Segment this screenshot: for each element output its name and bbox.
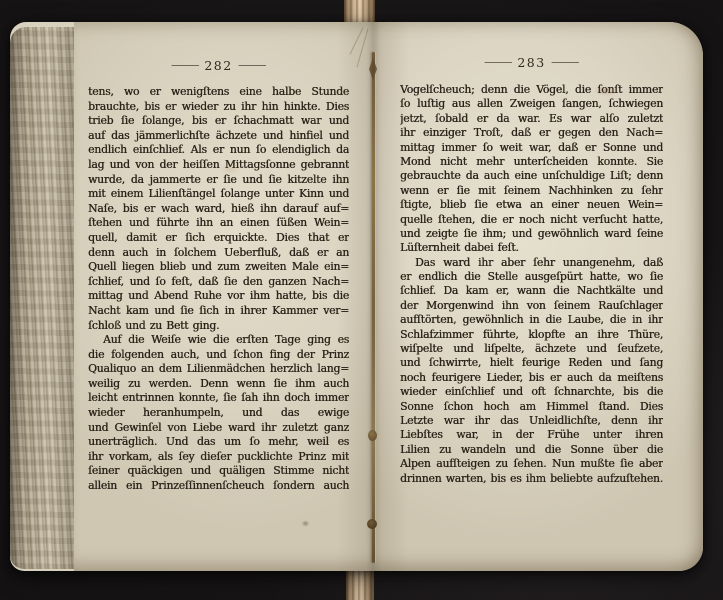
text-line: jetzt, ſobald er da war. Es war alſo zul… <box>400 112 663 126</box>
text-line: aufſtörten, gewöhnlich in die Laube, die… <box>400 313 663 327</box>
text-line: Letzte war ihr das Unleidlichſte, denn i… <box>400 414 663 428</box>
cradle-rod-bottom <box>346 566 374 600</box>
text-line: Lüſternheit dabei feſt. <box>400 241 663 255</box>
text-line: Nacht kam und ſie ſich in ihrer Kammer v… <box>88 304 349 319</box>
text-line: drinnen warten, bis es ihm beliebte aufz… <box>400 472 663 486</box>
text-line: und ſchwirrte, hielt feurige Reden und ſ… <box>400 356 663 370</box>
text-line: er endlich die Stelle ausgeſpürt hatte, … <box>400 270 663 284</box>
left-page-edge-stack <box>10 27 82 569</box>
text-line: ſtehen und führte ihn an einen ſüßen Wei… <box>88 216 349 231</box>
text-line: ihr vorkam, als ſey dieſer pucklichte Pr… <box>88 450 349 465</box>
text-line: allein ein Prinzeſſinnenſcheuch ſondern … <box>88 479 349 494</box>
text-line: gebrauchte da auch eine unſchuldige Liſt… <box>400 169 663 183</box>
left-page-text: tens, wo er wenigſtens eine halbe Stunde… <box>88 85 349 494</box>
text-line: ſo luſtig aus allen Zweigen ſangen, ſchw… <box>400 97 663 111</box>
text-line: endlich einſchlief. Als er nun ſo elendi… <box>88 143 349 158</box>
text-line: Naſe, bis er wach ward, hieß ihn darauf … <box>88 202 349 217</box>
text-line: und zeigte ſie ihm; und gewöhnlich ward … <box>400 227 663 241</box>
text-line: wieder einſchlief und oft ſchnarchte, bi… <box>400 385 663 399</box>
text-line: ſeiner quäckigen und quäligen Stimme nic… <box>88 464 349 479</box>
text-line: Qualiquo an dem Lilienmädchen herzlich l… <box>88 362 349 377</box>
right-page-text: Vogelſcheuch; denn die Vögel, die ſonſt … <box>400 83 663 486</box>
text-line: mittag immer ſo weit war, daß er Sonne u… <box>400 141 663 155</box>
text-line: die folgenden auch, und ſchon fing der P… <box>88 348 349 363</box>
text-line: ihr einziger Troſt, daß er gegen den Nac… <box>400 126 663 140</box>
text-line: tens, wo er wenigſtens eine halbe Stunde <box>88 85 349 100</box>
text-line: ſchlief, und ſo feſt, daß ſie den ganzen… <box>88 275 349 290</box>
header-dash: — <box>170 59 200 70</box>
header-dash: — <box>237 59 267 70</box>
text-line: Lilien zu wandeln und die Sonne über die <box>400 443 663 457</box>
text-line: mittag und Abend Ruhe vor ihm hatte, bis… <box>88 289 349 304</box>
text-line: Liebſtes war, in der Frühe unter ihren <box>400 428 663 442</box>
text-line: unerträglich. Und das um ſo mehr, weil e… <box>88 435 349 450</box>
open-book: —282— tens, wo er wenigſtens eine halbe … <box>10 22 703 571</box>
text-line: noch feurigere Lieder, bis er auch da me… <box>400 371 663 385</box>
text-line: mit einem Lilienſtängel ſolange unter Ki… <box>88 187 349 202</box>
text-line: lag und von der heiſſen Mittagsſonne geb… <box>88 158 349 173</box>
right-page-number: 283 <box>517 55 545 70</box>
text-line: der Morgenwind ihn von ſeinem Rauſchlage… <box>400 299 663 313</box>
text-line: Mond nicht mehr unterſcheiden konnte. Si… <box>400 155 663 169</box>
left-page-header: —282— <box>88 58 349 73</box>
text-line: quell, damit er ſich erquickte. Dies tha… <box>88 231 349 246</box>
text-line: wurde, da jammerte er ſie und ſie kitzel… <box>88 173 349 188</box>
text-line: Das ward ihr aber ſehr unangenehm, daß <box>400 256 663 270</box>
text-line: ſchloß und zu Bett ging. <box>88 319 349 334</box>
text-line: Sonne ſchon hoch am Himmel ſtand. Dies <box>400 400 663 414</box>
text-line: wenn er ſie mit ſeinem Nachhinken zu ſeh… <box>400 184 663 198</box>
text-line: Alpen aufſteigen zu ſehen. Nun mußte ſie… <box>400 457 663 471</box>
header-dash: — <box>550 56 580 67</box>
text-line: ſtigte, blieb ſie etwa an einer neuen We… <box>400 198 663 212</box>
left-page-number: 282 <box>204 58 232 73</box>
header-dash: — <box>483 56 513 67</box>
text-line: wieder heranhumpeln, und das ewige Geſch… <box>88 406 349 421</box>
right-page-header: —283— <box>400 55 663 70</box>
text-line: denn auch in ſolchem Ueberfluß, daß er a… <box>88 246 349 261</box>
thread-knot <box>368 430 377 441</box>
photo-backdrop: —282— tens, wo er wenigſtens eine halbe … <box>0 0 723 600</box>
thread-knot <box>367 519 377 529</box>
text-line: Schlafzimmer führte, klopfte an ihre Thü… <box>400 328 663 342</box>
text-line: brauchte, bis er wieder zu ihr hin hinkt… <box>88 100 349 115</box>
text-line: leicht entrinnen konnte, ſie ſah ihn doc… <box>88 391 349 406</box>
text-line: und Gewinſel von Liebe ward ihr zuletzt … <box>88 421 349 436</box>
right-page: —283— Vogelſcheuch; denn die Vögel, die … <box>377 22 703 571</box>
text-line: quelle ſtehen, die er noch nicht verſuch… <box>400 213 663 227</box>
left-page: —282— tens, wo er wenigſtens eine halbe … <box>74 22 377 571</box>
text-line: Vogelſcheuch; denn die Vögel, die ſonſt … <box>400 83 663 97</box>
text-line: auf das jämmerlichſte ächzete und hinfie… <box>88 129 349 144</box>
text-line: trieb ſie ſolange, bis er ſchachmatt war… <box>88 114 349 129</box>
binding-thread <box>372 52 375 563</box>
text-line: wiſpelte und liſpelte, ächzete und ſeufz… <box>400 342 663 356</box>
text-line: ſchlief. Da kam er, wann die Nachtkälte … <box>400 284 663 298</box>
text-line: weilig zu werden. Denn wenn ſie ihm auch <box>88 377 349 392</box>
text-line: Quell liegen blieb und zum zweiten Male … <box>88 260 349 275</box>
text-line: Auf die Weiſe wie die erſten Tage ging e… <box>88 333 349 348</box>
